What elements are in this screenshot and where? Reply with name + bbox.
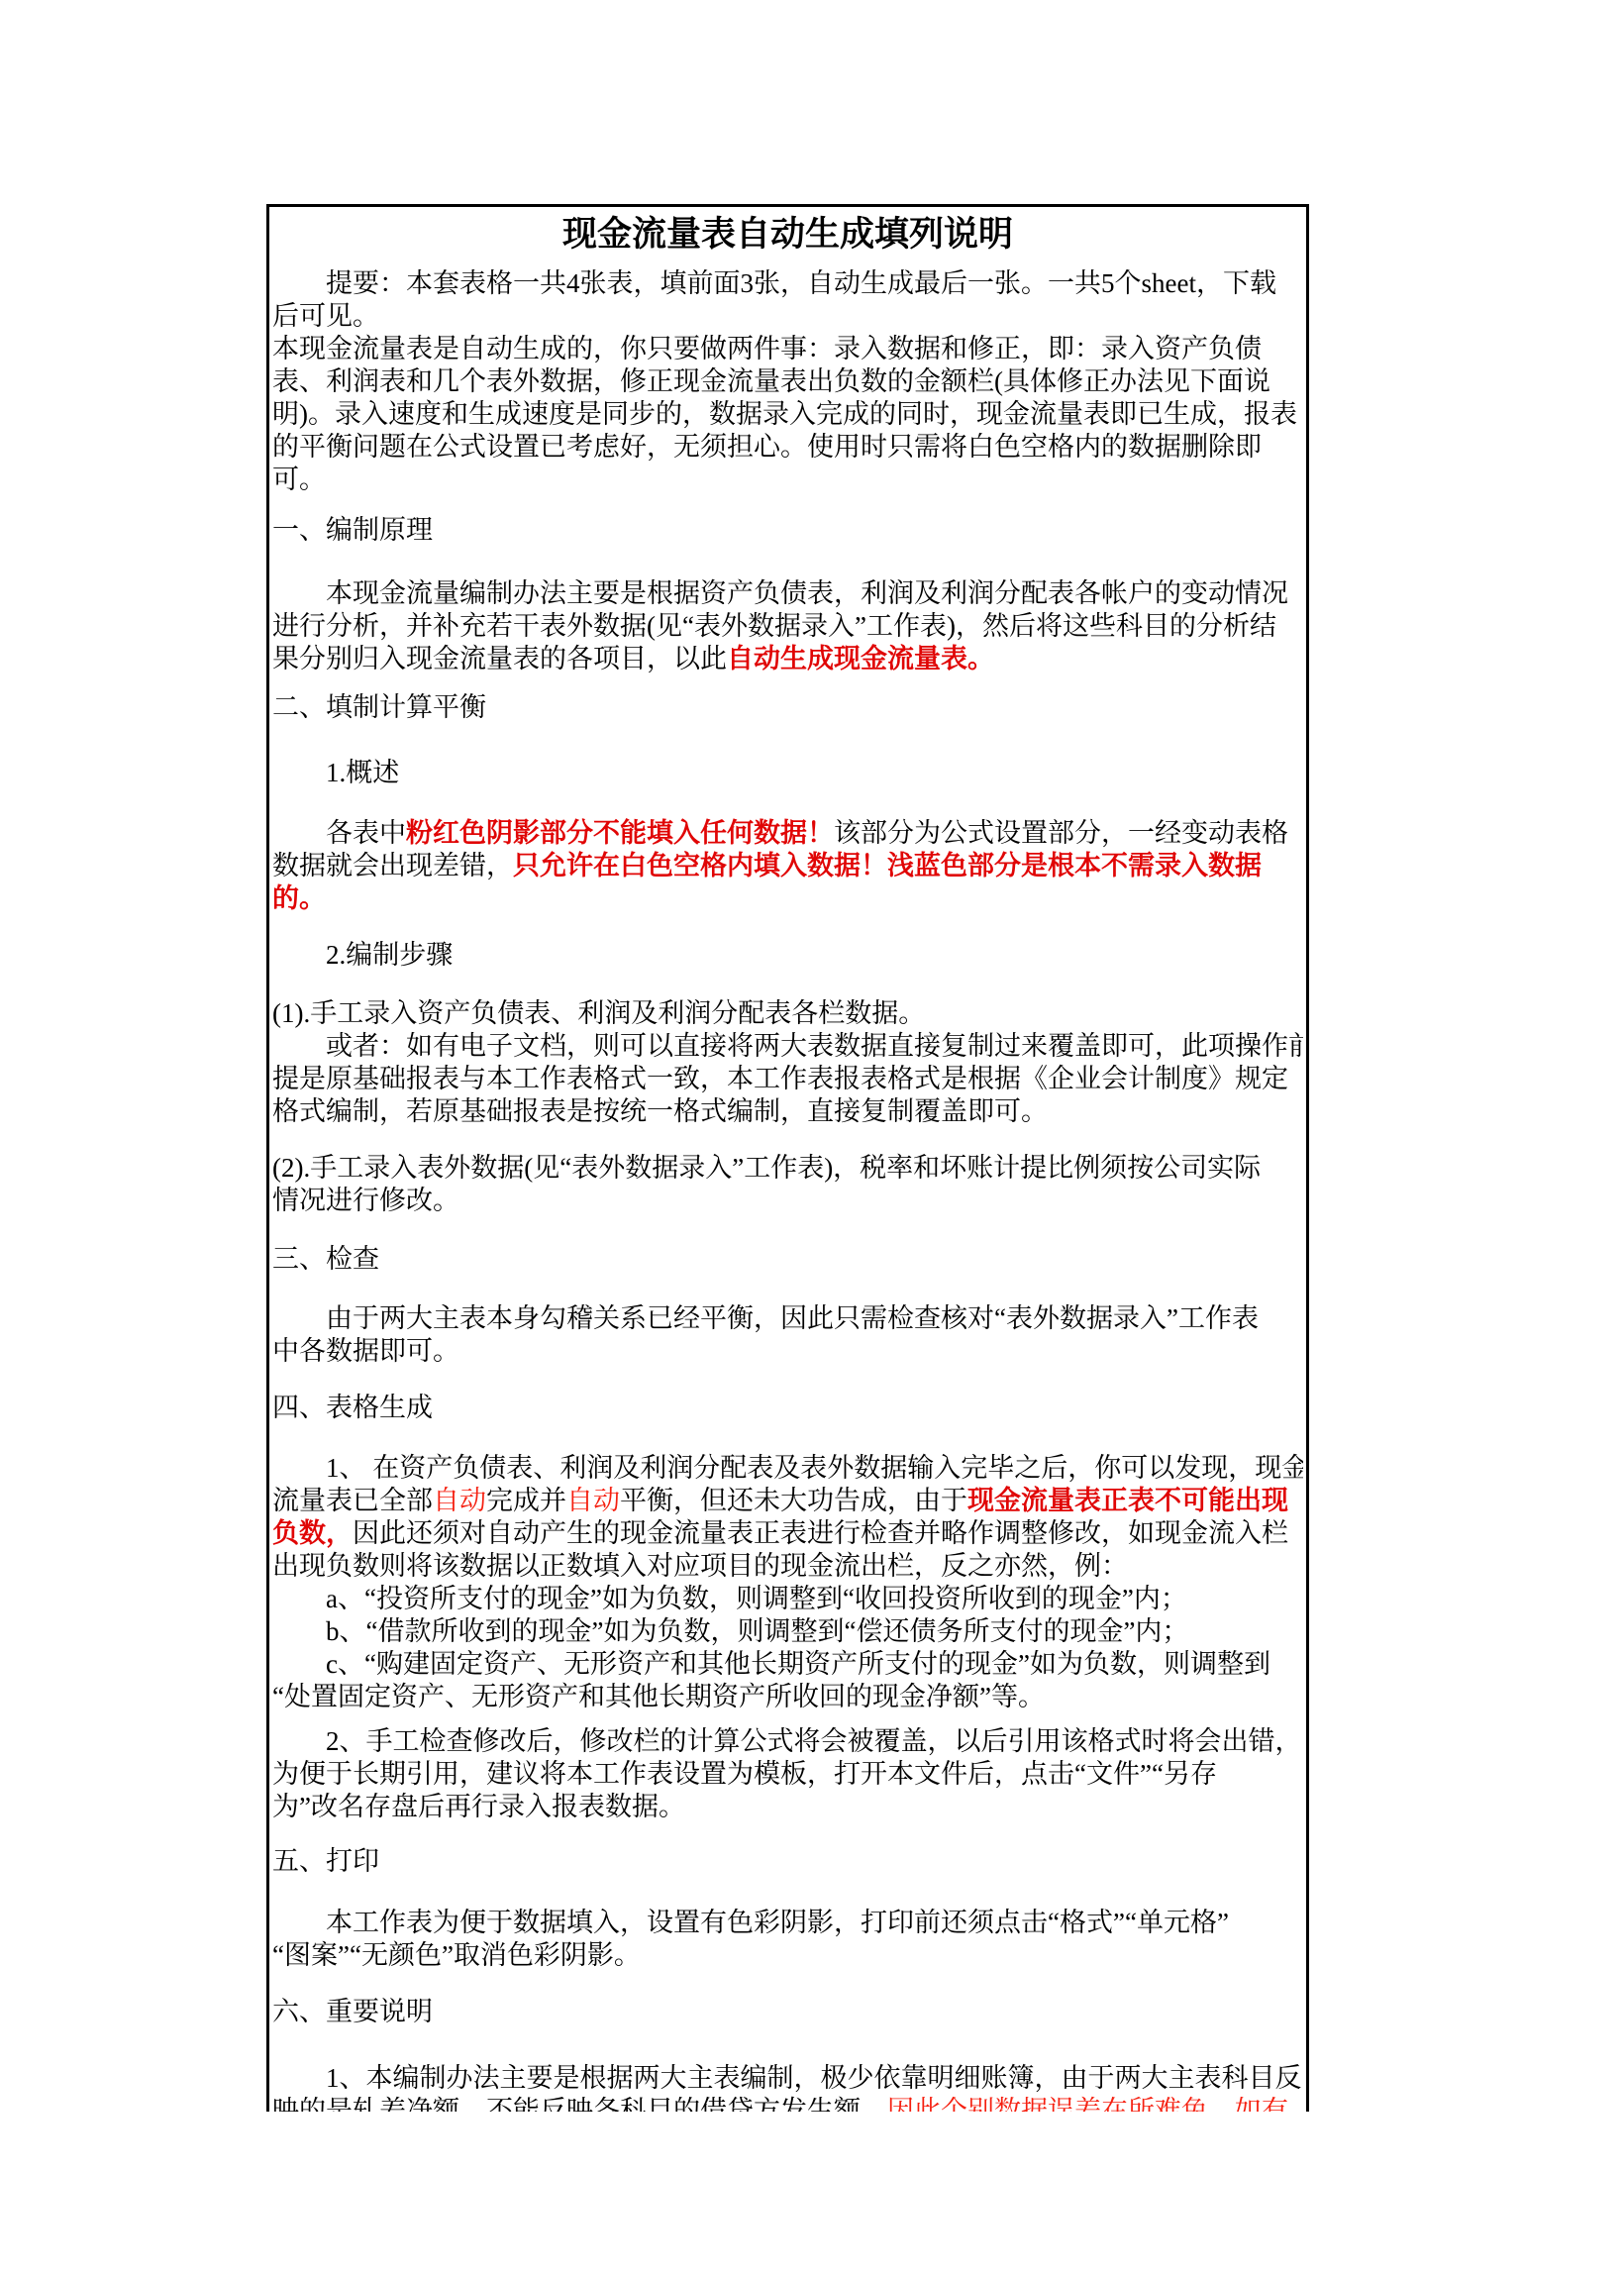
page-title: 现金流量表自动生成填列说明 xyxy=(272,214,1303,256)
text-line: 本工作表为便于数据填入，设置有色彩阴影，打印前还须点击“格式”“单元格” xyxy=(272,1907,1303,1939)
instruction-document: 现金流量表自动生成填列说明 提要：本套表格一共4张表，填前面3张，自动生成最后一… xyxy=(266,204,1309,2112)
section-1-paragraph: 本现金流量编制办法主要是根据资产负债表，利润及利润分配表各帐户的变动情况进行分析… xyxy=(272,577,1303,675)
text-line: 1、 在资产负债表、利润及利润分配表及表外数据输入完毕之后，你可以发现，现金 xyxy=(272,1452,1303,1485)
text-line: 为便于长期引用，建议将本工作表设置为模板，打开本文件后，点击“文件”“另存 xyxy=(272,1758,1303,1791)
section-5-paragraph: 本工作表为便于数据填入，设置有色彩阴影，打印前还须点击“格式”“单元格”“图案”… xyxy=(272,1907,1303,1972)
section-1-heading: 一、编制原理 xyxy=(272,514,1303,547)
text-line: 可。 xyxy=(272,464,1303,496)
text-line: 表、利润表和几个表外数据，修正现金流量表出负数的金额栏(具体修正办法见下面说 xyxy=(272,365,1303,398)
text-line: 负数，因此还须对自动产生的现金流量表正表进行检查并略作调整修改，如现金流入栏 xyxy=(272,1517,1303,1550)
section-2-sub-1-paragraph: 各表中粉红色阴影部分不能填入任何数据！该部分为公式设置部分，一经变动表格数据就会… xyxy=(272,817,1303,915)
section-4-heading: 四、表格生成 xyxy=(272,1392,1303,1424)
text-line: (2).手工录入表外数据(见“表外数据录入”工作表)，税率和坏账计提比例须按公司… xyxy=(272,1152,1303,1185)
text-line: a、“投资所支付的现金”如为负数，则调整到“收回投资所收到的现金”内； xyxy=(272,1583,1303,1615)
section-2-sub-1-heading: 1.概述 xyxy=(272,757,1303,789)
section-3-paragraph: 由于两大主表本身勾稽关系已经平衡，因此只需检查核对“表外数据录入”工作表中各数据… xyxy=(272,1302,1303,1368)
text-line: 各表中粉红色阴影部分不能填入任何数据！该部分为公式设置部分，一经变动表格 xyxy=(272,817,1303,850)
text-line: 进行分析，并补充若干表外数据(见“表外数据录入”工作表)，然后将这些科目的分析结 xyxy=(272,610,1303,643)
text-line: 2.编制步骤 xyxy=(272,939,1303,972)
section-2-sub-2-heading: 2.编制步骤 xyxy=(272,939,1303,972)
text-line: 提要：本套表格一共4张表，填前面3张，自动生成最后一张。一共5个sheet，下载 xyxy=(272,267,1303,300)
text-line: 本现金流量表是自动生成的，你只要做两件事：录入数据和修正，即：录入资产负债 xyxy=(272,333,1303,365)
text-line: 本现金流量编制办法主要是根据资产负债表，利润及利润分配表各帐户的变动情况 xyxy=(272,577,1303,610)
text-line: 的平衡问题在公式设置已考虑好，无须担心。使用时只需将白色空格内的数据删除即 xyxy=(272,431,1303,464)
text-line: 数据就会出现差错，只允许在白色空格内填入数据！浅蓝色部分是根本不需录入数据 xyxy=(272,850,1303,882)
section-5-heading: 五、打印 xyxy=(272,1845,1303,1878)
text-line: 由于两大主表本身勾稽关系已经平衡，因此只需检查核对“表外数据录入”工作表 xyxy=(272,1302,1303,1335)
text-line: 2、手工检查修改后，修改栏的计算公式将会被覆盖，以后引用该格式时将会出错， xyxy=(272,1725,1303,1758)
text-line: 六、重要说明 xyxy=(272,1996,1303,2028)
section-6-item-1-paragraph: 1、本编制办法主要是根据两大主表编制，极少依靠明细账簿，由于两大主表科目反映的是… xyxy=(272,2062,1303,2112)
section-6-heading: 六、重要说明 xyxy=(272,1996,1303,2028)
section-4-item-2-paragraph: 2、手工检查修改后，修改栏的计算公式将会被覆盖，以后引用该格式时将会出错，为便于… xyxy=(272,1725,1303,1823)
section-4-item-1-paragraph: 1、 在资产负债表、利润及利润分配表及表外数据输入完毕之后，你可以发现，现金流量… xyxy=(272,1452,1303,1713)
text-line: 明)。录入速度和生成速度是同步的，数据录入完成的同时，现金流量表即已生成，报表 xyxy=(272,398,1303,431)
text-line: 1.概述 xyxy=(272,757,1303,789)
text-line: 为”改名存盘后再行录入报表数据。 xyxy=(272,1791,1303,1823)
text-line: 出现负数则将该数据以正数填入对应项目的现金流出栏，反之亦然，例： xyxy=(272,1550,1303,1583)
text-line: 的。 xyxy=(272,882,1303,915)
text-line: 五、打印 xyxy=(272,1845,1303,1878)
text-line: 中各数据即可。 xyxy=(272,1335,1303,1368)
text-line: 格式编制，若原基础报表是按统一格式编制，直接复制覆盖即可。 xyxy=(272,1095,1303,1128)
text-line: (1).手工录入资产负债表、利润及利润分配表各栏数据。 xyxy=(272,997,1303,1030)
text-line: “处置固定资产、无形资产和其他长期资产所收回的现金净额”等。 xyxy=(272,1681,1303,1713)
text-line: 情况进行修改。 xyxy=(272,1185,1303,1217)
text-line: 提是原基础报表与本工作表格式一致，本工作表报表格式是根据《企业会计制度》规定 xyxy=(272,1063,1303,1095)
text-line: 一、编制原理 xyxy=(272,514,1303,547)
section-3-heading: 三、检查 xyxy=(272,1243,1303,1276)
text-line: 后可见。 xyxy=(272,300,1303,333)
text-line: 果分别归入现金流量表的各项目，以此自动生成现金流量表。 xyxy=(272,643,1303,675)
section-2-heading: 二、填制计算平衡 xyxy=(272,691,1303,724)
section-2-step-2-paragraph: (2).手工录入表外数据(见“表外数据录入”工作表)，税率和坏账计提比例须按公司… xyxy=(272,1152,1303,1217)
intro-description: 本现金流量表是自动生成的，你只要做两件事：录入数据和修正，即：录入资产负债表、利… xyxy=(272,333,1303,496)
intro-summary: 提要：本套表格一共4张表，填前面3张，自动生成最后一张。一共5个sheet，下载… xyxy=(272,267,1303,333)
text-line: 1、本编制办法主要是根据两大主表编制，极少依靠明细账簿，由于两大主表科目反 xyxy=(272,2062,1303,2095)
text-line: “图案”“无颜色”取消色彩阴影。 xyxy=(272,1939,1303,1972)
text-line: 二、填制计算平衡 xyxy=(272,691,1303,724)
text-line: 四、表格生成 xyxy=(272,1392,1303,1424)
text-line: 或者：如有电子文档，则可以直接将两大表数据直接复制过来覆盖即可，此项操作前 xyxy=(272,1030,1303,1063)
text-line: 三、检查 xyxy=(272,1243,1303,1276)
text-line: c、“购建固定资产、无形资产和其他长期资产所支付的现金”如为负数，则调整到 xyxy=(272,1648,1303,1681)
section-2-step-1-paragraph: (1).手工录入资产负债表、利润及利润分配表各栏数据。 或者：如有电子文档，则可… xyxy=(272,997,1303,1128)
text-line: 流量表已全部自动完成并自动平衡，但还未大功告成，由于现金流量表正表不可能出现 xyxy=(272,1485,1303,1517)
text-line: b、“借款所收到的现金”如为负数，则调整到“偿还债务所支付的现金”内； xyxy=(272,1615,1303,1648)
document-body: 提要：本套表格一共4张表，填前面3张，自动生成最后一张。一共5个sheet，下载… xyxy=(272,267,1303,2112)
text-line: 映的是轧差净额，不能反映各科目的借贷方发生额，因此个别数据误差在所难免，如有 xyxy=(272,2095,1303,2112)
